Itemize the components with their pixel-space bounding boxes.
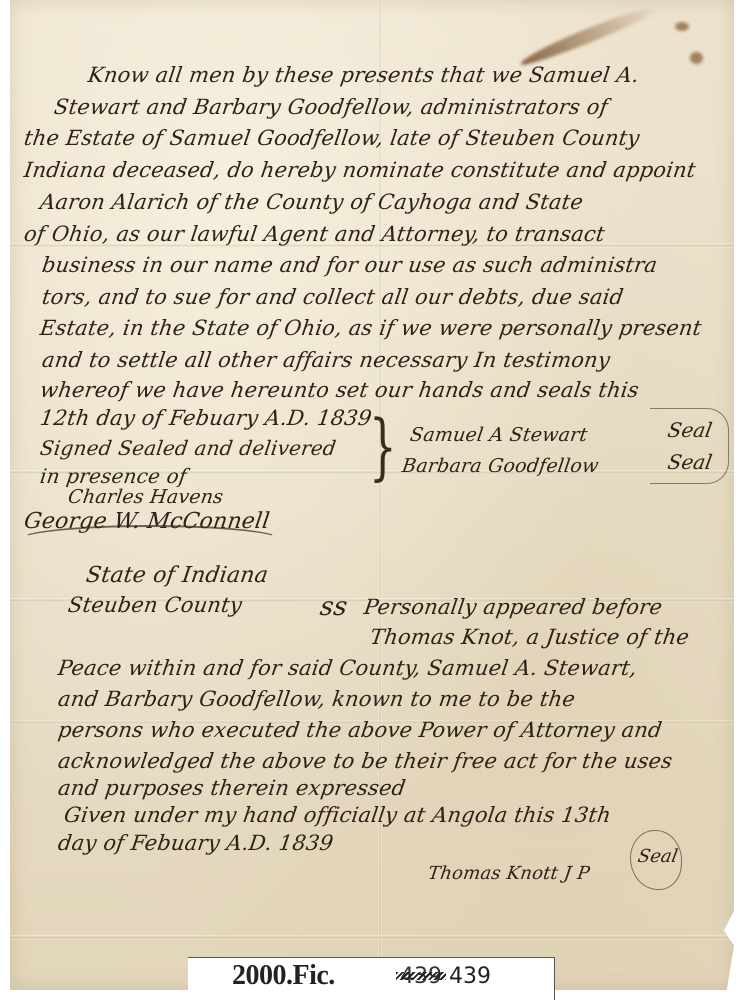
acknowledgment-line: persons who executed the above Power of … bbox=[56, 715, 664, 746]
venue-county: Steuben County bbox=[66, 590, 244, 621]
body-line: and to settle all other affairs necessar… bbox=[40, 345, 612, 376]
body-line: Estate, in the State of Ohio, as if we w… bbox=[38, 313, 704, 344]
body-line: 12th day of Febuary A.D. 1839 bbox=[38, 403, 374, 434]
signature-flourish bbox=[18, 525, 282, 555]
justice-signature: Thomas Knott J P bbox=[426, 858, 592, 889]
ss-mark: ss bbox=[318, 592, 349, 623]
document-body: Indiana deceased, do hereby nominate con… bbox=[22, 155, 698, 186]
ink-stain bbox=[690, 52, 703, 64]
horizontal-fold-crease bbox=[10, 935, 734, 940]
body-line: of Ohio, as our lawful Agent and Attorne… bbox=[22, 219, 607, 250]
venue-state: State of Indiana bbox=[84, 560, 270, 591]
document-body: tors, and to sue for and collect all our… bbox=[40, 282, 625, 313]
document-body: Aaron Alarich of the County of Cayhoga a… bbox=[38, 187, 585, 218]
signatory-name: Samuel A Stewart bbox=[408, 420, 589, 451]
seal-label: Seal bbox=[666, 450, 714, 474]
ink-stain bbox=[675, 22, 689, 31]
body-line: tors, and to sue for and collect all our… bbox=[40, 282, 625, 313]
document-body: Estate, in the State of Ohio, as if we w… bbox=[38, 313, 704, 344]
acknowledgment-line: Given under my hand officially at Angola… bbox=[62, 800, 613, 831]
acknowledgment-line: Thomas Knot, a Justice of the bbox=[368, 622, 691, 653]
document-body: of Ohio, as our lawful Agent and Attorne… bbox=[22, 219, 607, 250]
struck-number: 439 bbox=[400, 964, 442, 989]
document-body: business in our name and for our use as … bbox=[40, 250, 659, 281]
acknowledgment-line: Peace within and for said County, Samuel… bbox=[56, 653, 639, 684]
document-body: and to settle all other affairs necessar… bbox=[40, 345, 612, 376]
document-body: the Estate of Samuel Goodfellow, late of… bbox=[22, 123, 642, 154]
handwritten-number: 439 439 bbox=[400, 964, 491, 989]
seal-label: Seal bbox=[666, 418, 714, 442]
body-line: business in our name and for our use as … bbox=[40, 250, 659, 281]
attestation-line: Signed Sealed and delivered bbox=[38, 433, 338, 464]
acknowledgment-line: and Barbary Goodfellow, known to me to b… bbox=[56, 684, 577, 715]
document-body: whereof we have hereunto set our hands a… bbox=[38, 375, 641, 406]
body-line: Know all men by these presents that we S… bbox=[86, 60, 641, 91]
body-line: Stewart and Barbary Goodfellow, administ… bbox=[52, 92, 610, 123]
signatory-name: Barbara Goodfellow bbox=[400, 451, 601, 482]
body-line: whereof we have hereunto set our hands a… bbox=[38, 375, 641, 406]
catalog-label: 2000.Fic. 439 439 bbox=[188, 957, 555, 1000]
body-line: the Estate of Samuel Goodfellow, late of… bbox=[22, 123, 642, 154]
document-body: Know all men by these presents that we S… bbox=[86, 60, 641, 91]
acknowledgment-line: day of Febuary A.D. 1839 bbox=[56, 828, 335, 859]
catalog-number: 2000.Fic. bbox=[232, 960, 335, 992]
body-line: Indiana deceased, do hereby nominate con… bbox=[22, 155, 698, 186]
body-line: Aaron Alarich of the County of Cayhoga a… bbox=[38, 187, 585, 218]
brace-icon: } bbox=[369, 410, 396, 482]
acknowledgment-line: Personally appeared before bbox=[362, 592, 664, 623]
document-body: 12th day of Febuary A.D. 1839 bbox=[38, 403, 374, 434]
corrected-number: 439 bbox=[449, 964, 491, 989]
document-body: Stewart and Barbary Goodfellow, administ… bbox=[52, 92, 610, 123]
justice-seal-label: Seal bbox=[636, 846, 679, 867]
